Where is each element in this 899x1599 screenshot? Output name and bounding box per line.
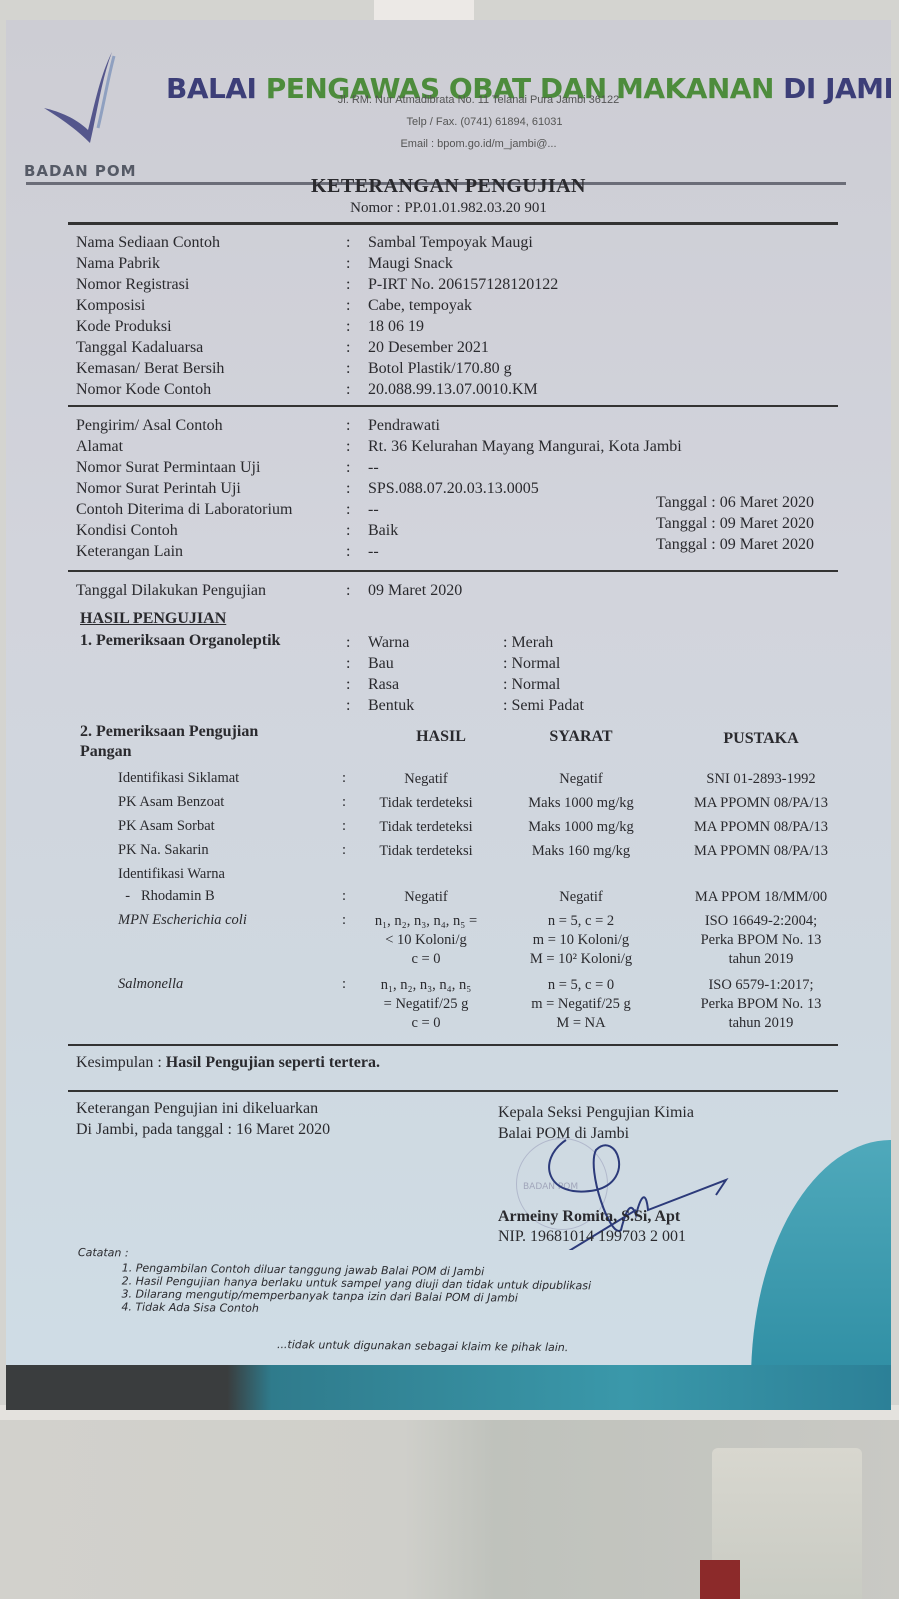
cell-pustaka: ISO 6579-1:2017;Perka BPOM No. 13tahun 2… bbox=[676, 976, 846, 1033]
info-label: Nomor Surat Permintaan Uji bbox=[76, 457, 346, 478]
info-value: Botol Plastik/170.80 g bbox=[368, 358, 512, 379]
info-label: Nomor Kode Contoh bbox=[76, 379, 346, 400]
test-name: Identifikasi Warna bbox=[118, 866, 225, 883]
colon: : bbox=[346, 415, 368, 436]
info-value: Sambal Tempoyak Maugi bbox=[368, 232, 533, 253]
info-value: Pendrawati bbox=[368, 415, 440, 436]
info-value: Maugi Snack bbox=[368, 253, 453, 274]
cell-syarat: Maks 1000 mg/kg bbox=[511, 794, 651, 813]
colon: : bbox=[346, 232, 368, 253]
info-row: Kemasan/ Berat Bersih:Botol Plastik/170.… bbox=[76, 358, 558, 379]
date-entry: Tanggal : 06 Maret 2020 bbox=[656, 492, 814, 513]
document-number: Nomor : PP.01.01.982.03.20 901 bbox=[6, 200, 891, 217]
colon: : bbox=[346, 436, 368, 457]
test-name: PK Asam Sorbat bbox=[118, 818, 215, 835]
info-label: Kemasan/ Berat Bersih bbox=[76, 358, 346, 379]
office-email: Email : bpom.go.id/m_jambi@... bbox=[36, 138, 891, 150]
results-heading: HASIL PENGUJIAN bbox=[80, 610, 226, 628]
colon: : bbox=[346, 478, 368, 499]
issued-line2: Di Jambi, pada tanggal : 16 Maret 2020 bbox=[76, 1119, 330, 1140]
info-value: Cabe, tempoyak bbox=[368, 295, 472, 316]
divider bbox=[68, 222, 838, 225]
info-label: Tanggal Kadaluarsa bbox=[76, 337, 346, 358]
red-object bbox=[700, 1560, 740, 1599]
cell-syarat: n = 5, c = 2m = 10 Koloni/gM = 10² Kolon… bbox=[511, 912, 651, 969]
food-test-title: 2. Pemeriksaan Pengujian Pangan bbox=[80, 722, 310, 762]
cell-syarat: Maks 1000 mg/kg bbox=[511, 818, 651, 837]
test-name: Identifikasi Siklamat bbox=[118, 770, 239, 787]
colon: : bbox=[346, 274, 368, 295]
colon: : bbox=[346, 253, 368, 274]
colon: : bbox=[346, 379, 368, 400]
test-name: - Rhodamin B bbox=[118, 888, 215, 905]
info-value: -- bbox=[368, 541, 379, 562]
colon: : bbox=[346, 295, 368, 316]
info-row: Nomor Surat Permintaan Uji:-- bbox=[76, 457, 682, 478]
column-header-pustaka: PUSTAKA bbox=[686, 730, 836, 748]
info-label: Kode Produksi bbox=[76, 316, 346, 337]
divider bbox=[68, 570, 838, 572]
column-header-hasil: HASIL bbox=[381, 728, 501, 746]
cell-pustaka: MA PPOMN 08/PA/13 bbox=[676, 818, 846, 837]
issued-info: Keterangan Pengujian ini dikeluarkan Di … bbox=[76, 1098, 330, 1140]
test-certificate: BADAN POM BALAI PENGAWAS OBAT DAN MAKANA… bbox=[6, 20, 891, 1410]
organoleptic-row: :Bentuk: Semi Padat bbox=[346, 695, 584, 716]
info-value: 20.088.99.13.07.0010.KM bbox=[368, 379, 538, 400]
office-address: Jl. RM. Nur Atmadibrata No. 11 Telanai P… bbox=[36, 94, 891, 106]
cell-hasil: Negatif bbox=[346, 888, 506, 907]
organoleptic-results: :Warna: Merah:Bau: Normal:Rasa: Normal:B… bbox=[346, 632, 584, 716]
cell-pustaka: MA PPOMN 08/PA/13 bbox=[676, 794, 846, 813]
test-name: Salmonella bbox=[118, 976, 183, 993]
cell-pustaka: SNI 01-2893-1992 bbox=[676, 770, 846, 789]
organoleptic-label: Bentuk bbox=[368, 695, 503, 716]
cell-pustaka: ISO 16649-2:2004;Perka BPOM No. 13tahun … bbox=[676, 912, 846, 969]
organoleptic-value: : Normal bbox=[503, 674, 560, 695]
info-row: Tanggal Kadaluarsa:20 Desember 2021 bbox=[76, 337, 558, 358]
info-label: Nomor Surat Perintah Uji bbox=[76, 478, 346, 499]
cell-hasil: n₁, n₂, n₃, n₄, n₅ =< 10 Koloni/gc = 0 bbox=[346, 912, 506, 969]
document-title: KETERANGAN PENGUJIAN bbox=[6, 175, 891, 198]
info-value: 20 Desember 2021 bbox=[368, 337, 489, 358]
conclusion-label: Kesimpulan : bbox=[76, 1054, 166, 1071]
organoleptic-row: :Bau: Normal bbox=[346, 653, 584, 674]
divider bbox=[68, 1090, 838, 1092]
test-date: Tanggal Dilakukan Pengujian : 09 Maret 2… bbox=[76, 580, 462, 601]
cell-hasil: Tidak terdeteksi bbox=[346, 842, 506, 861]
info-value: Rt. 36 Kelurahan Mayang Mangurai, Kota J… bbox=[368, 436, 682, 457]
office-phone: Telp / Fax. (0741) 61894, 61031 bbox=[42, 116, 891, 128]
colon: : bbox=[346, 520, 368, 541]
info-row: Keterangan Lain:-- bbox=[76, 541, 682, 562]
date-entry: Tanggal : 09 Maret 2020 bbox=[656, 513, 814, 534]
sender-info: Pengirim/ Asal Contoh:PendrawatiAlamat:R… bbox=[76, 415, 682, 562]
notes-list: Pengambilan Contoh diluar tanggung jawab… bbox=[77, 1261, 591, 1318]
info-row: Nama Sediaan Contoh:Sambal Tempoyak Maug… bbox=[76, 232, 558, 253]
cell-syarat: n = 5, c = 0m = Negatif/25 gM = NA bbox=[511, 976, 651, 1033]
cell-pustaka: MA PPOMN 08/PA/13 bbox=[676, 842, 846, 861]
organoleptic-value: : Normal bbox=[503, 653, 560, 674]
info-value: Baik bbox=[368, 520, 398, 541]
info-value: 18 06 19 bbox=[368, 316, 424, 337]
info-row: Alamat:Rt. 36 Kelurahan Mayang Mangurai,… bbox=[76, 436, 682, 457]
info-value: P-IRT No. 206157128120122 bbox=[368, 274, 558, 295]
notes: Catatan : Pengambilan Contoh diluar tang… bbox=[77, 1246, 591, 1318]
cell-hasil: n₁, n₂, n₃, n₄, n₅= Negatif/25 gc = 0 bbox=[346, 976, 506, 1033]
cell-syarat: Maks 160 mg/kg bbox=[511, 842, 651, 861]
cell-syarat: Negatif bbox=[511, 770, 651, 789]
signer-name: Armeiny Romita, S.Si, Apt bbox=[498, 1208, 680, 1226]
sample-info: Nama Sediaan Contoh:Sambal Tempoyak Maug… bbox=[76, 232, 558, 400]
cell-syarat: Negatif bbox=[511, 888, 651, 907]
date-entry: Tanggal : 09 Maret 2020 bbox=[656, 534, 814, 555]
conclusion-value: Hasil Pengujian seperti tertera. bbox=[166, 1054, 380, 1071]
divider bbox=[68, 1044, 838, 1046]
test-name: MPN Escherichia coli bbox=[118, 912, 247, 929]
column-header-syarat: SYARAT bbox=[516, 728, 646, 746]
organoleptic-value: : Merah bbox=[503, 632, 553, 653]
info-label: Pengirim/ Asal Contoh bbox=[76, 415, 346, 436]
organoleptic-title: 1. Pemeriksaan Organoleptik bbox=[80, 632, 280, 650]
test-name: PK Na. Sakarin bbox=[118, 842, 209, 859]
info-value: -- bbox=[368, 499, 379, 520]
colon: : bbox=[346, 499, 368, 520]
info-label: Nama Sediaan Contoh bbox=[76, 232, 346, 253]
conclusion: Kesimpulan : Hasil Pengujian seperti ter… bbox=[76, 1054, 380, 1072]
info-label: Nomor Registrasi bbox=[76, 274, 346, 295]
test-date-value: 09 Maret 2020 bbox=[368, 580, 462, 601]
info-value: SPS.088.07.20.03.13.0005 bbox=[368, 478, 539, 499]
cell-hasil: Tidak terdeteksi bbox=[346, 818, 506, 837]
side-dates: Tanggal : 06 Maret 2020Tanggal : 09 Mare… bbox=[656, 492, 814, 555]
info-row: Nomor Kode Contoh:20.088.99.13.07.0010.K… bbox=[76, 379, 558, 400]
test-date-label: Tanggal Dilakukan Pengujian bbox=[76, 580, 346, 601]
organoleptic-label: Bau bbox=[368, 653, 503, 674]
organoleptic-label: Warna bbox=[368, 632, 503, 653]
organoleptic-row: :Warna: Merah bbox=[346, 632, 584, 653]
organoleptic-label: Rasa bbox=[368, 674, 503, 695]
cell-hasil: Tidak terdeteksi bbox=[346, 794, 506, 813]
info-label: Contoh Diterima di Laboratorium bbox=[76, 499, 346, 520]
info-row: Komposisi:Cabe, tempoyak bbox=[76, 295, 558, 316]
info-row: Nomor Registrasi:P-IRT No. 2061571281201… bbox=[76, 274, 558, 295]
signer-nip: NIP. 19681014 199703 2 001 bbox=[498, 1228, 686, 1246]
organoleptic-value: : Semi Padat bbox=[503, 695, 584, 716]
colon: : bbox=[346, 457, 368, 478]
colon: : bbox=[346, 541, 368, 562]
info-label: Keterangan Lain bbox=[76, 541, 346, 562]
info-value: -- bbox=[368, 457, 379, 478]
divider bbox=[68, 405, 838, 407]
test-name: PK Asam Benzoat bbox=[118, 794, 224, 811]
colon: : bbox=[346, 316, 368, 337]
decorative-footer-band bbox=[6, 1365, 891, 1410]
info-row: Nomor Surat Perintah Uji:SPS.088.07.20.0… bbox=[76, 478, 682, 499]
info-row: Kondisi Contoh:Baik bbox=[76, 520, 682, 541]
notes-extra: ...tidak untuk digunakan sebagai klaim k… bbox=[277, 1338, 568, 1354]
info-label: Alamat bbox=[76, 436, 346, 457]
colon: : bbox=[346, 358, 368, 379]
info-row: Nama Pabrik:Maugi Snack bbox=[76, 253, 558, 274]
colon: : bbox=[346, 337, 368, 358]
cell-hasil: Negatif bbox=[346, 770, 506, 789]
info-label: Nama Pabrik bbox=[76, 253, 346, 274]
info-label: Komposisi bbox=[76, 295, 346, 316]
info-row: Pengirim/ Asal Contoh:Pendrawati bbox=[76, 415, 682, 436]
issued-line1: Keterangan Pengujian ini dikeluarkan bbox=[76, 1098, 330, 1119]
info-label: Kondisi Contoh bbox=[76, 520, 346, 541]
info-row: Kode Produksi:18 06 19 bbox=[76, 316, 558, 337]
cell-pustaka: MA PPOM 18/MM/00 bbox=[676, 888, 846, 907]
organoleptic-row: :Rasa: Normal bbox=[346, 674, 584, 695]
info-row: Contoh Diterima di Laboratorium:-- bbox=[76, 499, 682, 520]
